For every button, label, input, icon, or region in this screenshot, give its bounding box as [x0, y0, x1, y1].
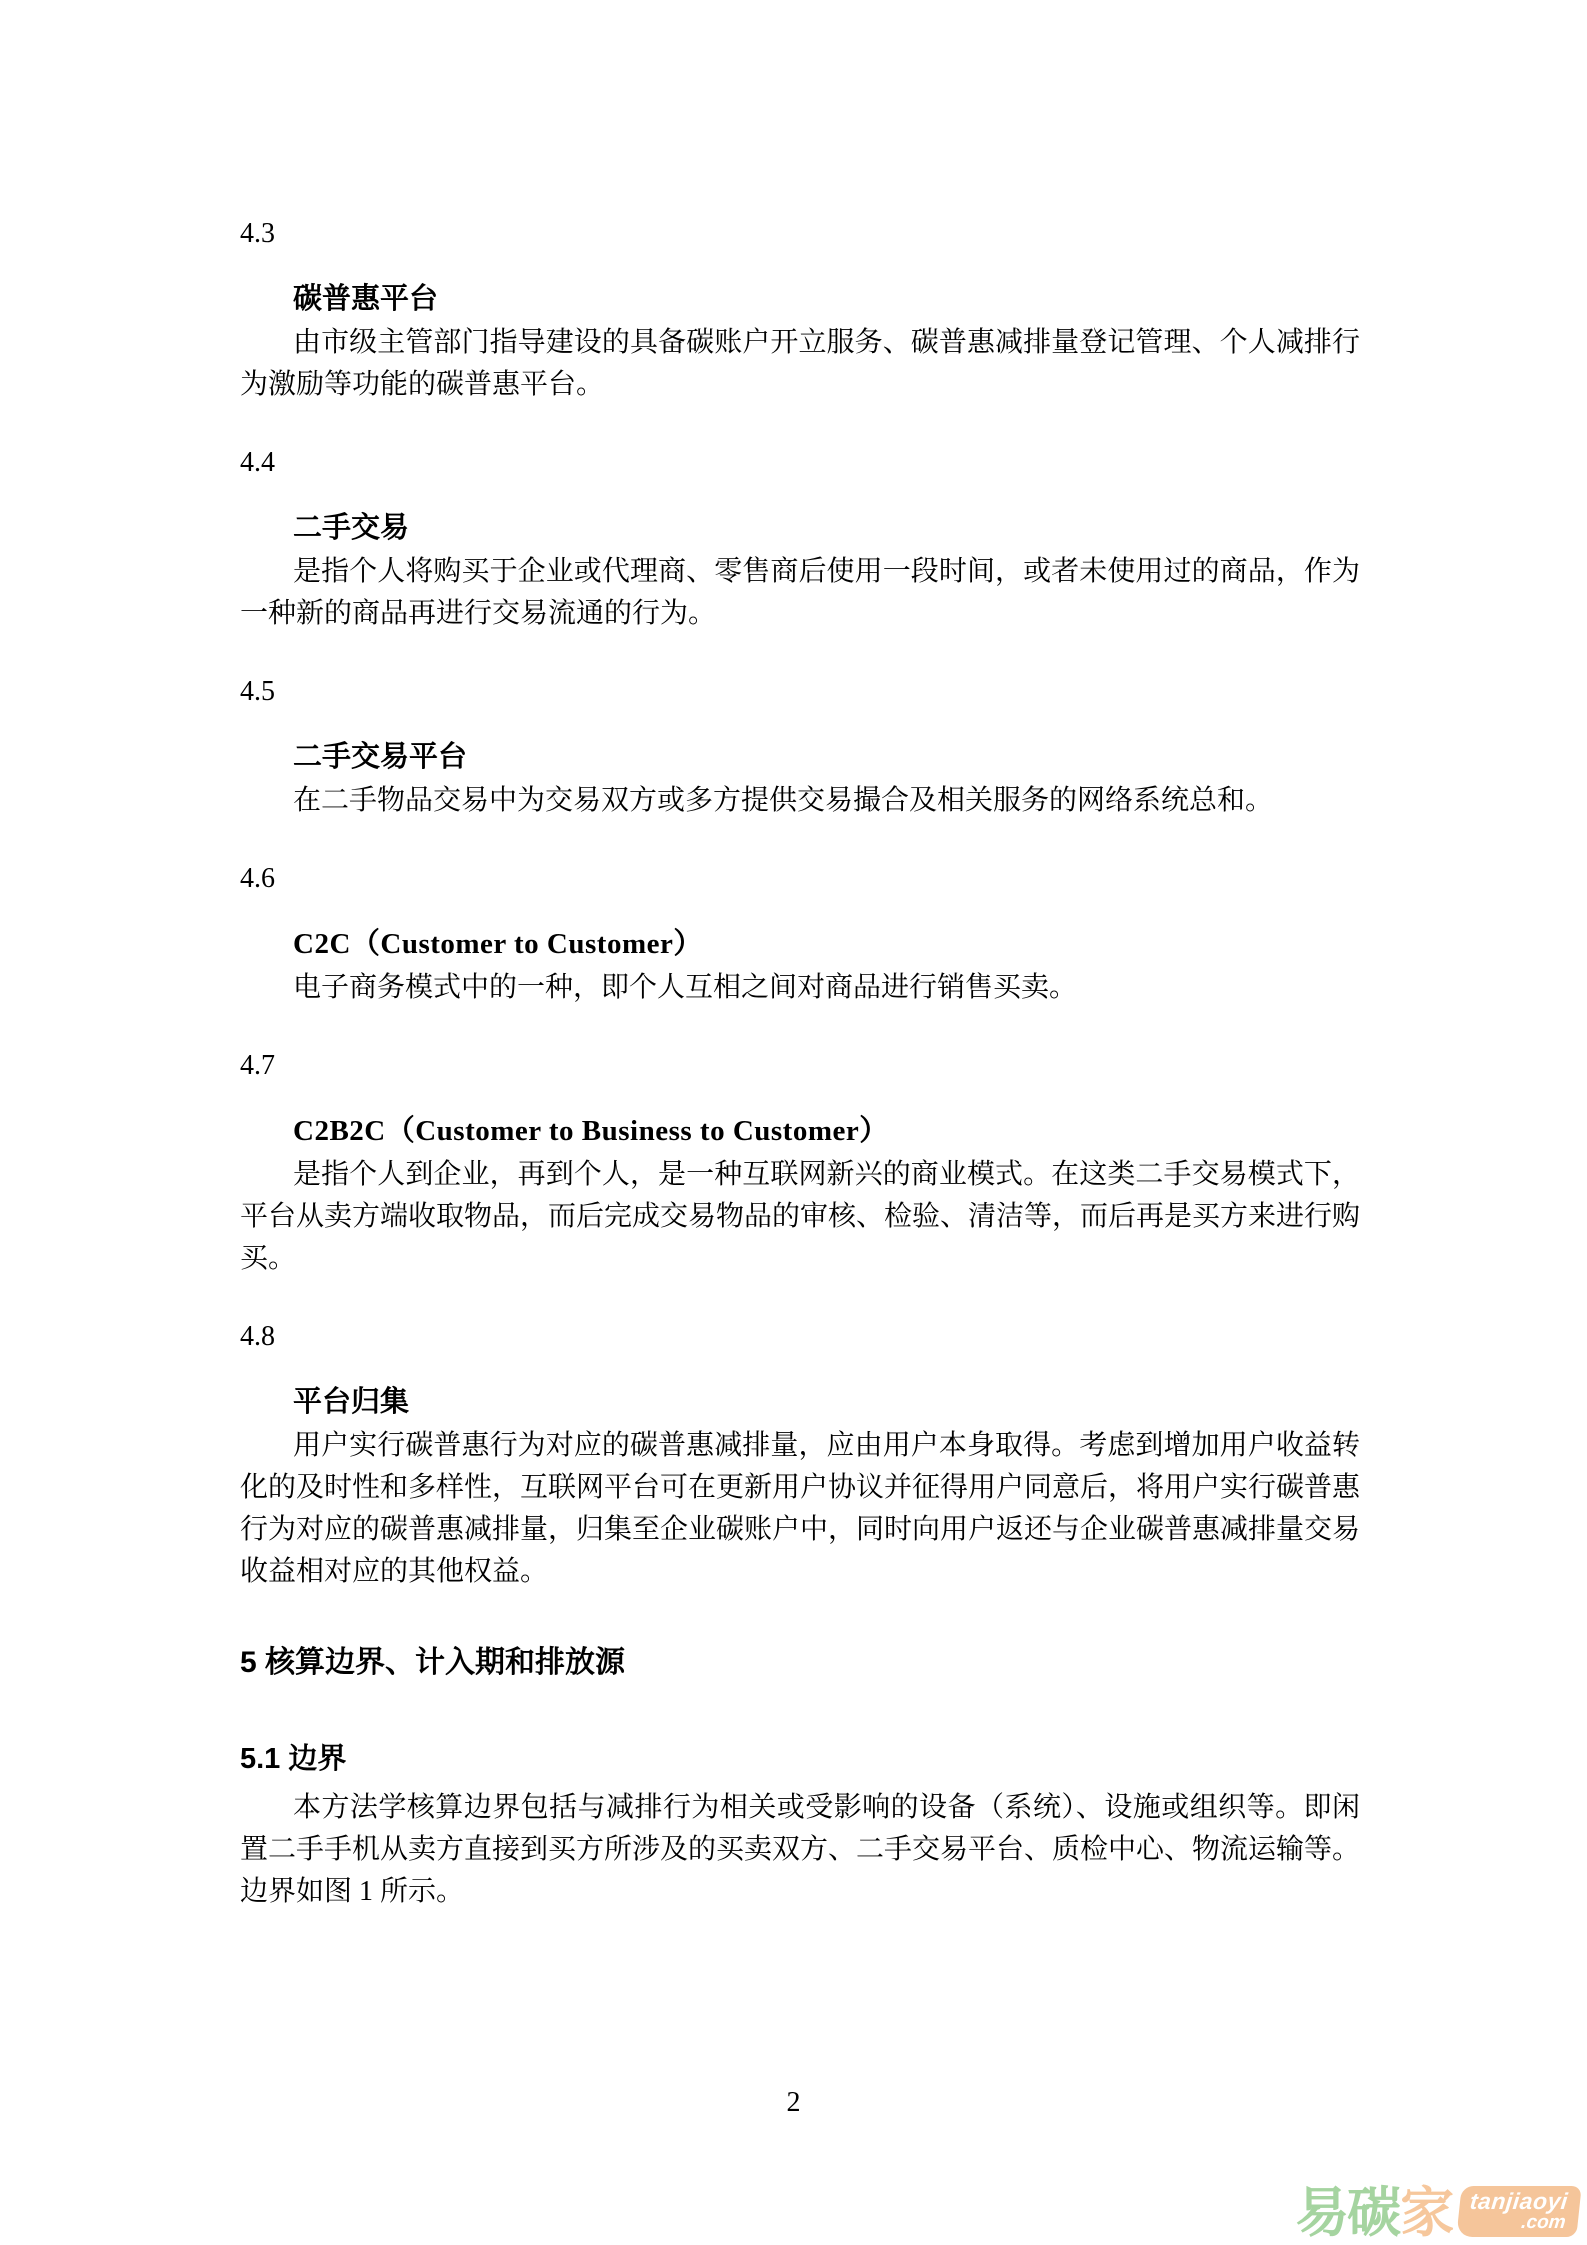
definition-body: 是指个人到企业，再到个人，是一种互联网新兴的商业模式。在这类二手交易模式下，平台… — [240, 1154, 1360, 1280]
clause-number: 4.7 — [240, 1045, 1360, 1087]
watermark-text-green: 易碳 — [1295, 2188, 1399, 2239]
section-body: 本方法学核算边界包括与减排行为相关或受影响的设备（系统）、设施或组织等。即闲置二… — [240, 1787, 1360, 1913]
tanjiaoyi-watermark: 易碳 家 tanjiaoyi .com — [1295, 2186, 1579, 2239]
chapter-section-5: 5 核算边界、计入期和排放源 5.1 边界 本方法学核算边界包括与减排行为相关或… — [240, 1641, 1360, 1913]
term-heading: 碳普惠平台 — [293, 278, 1360, 320]
section-heading-5-1: 5.1 边界 — [240, 1737, 1360, 1781]
definition-body: 是指个人将购买于企业或代理商、零售商后使用一段时间，或者未使用过的商品，作为一种… — [240, 551, 1360, 635]
definition-section-4-3: 4.3 碳普惠平台 由市级主管部门指导建设的具备碳账户开立服务、碳普惠减排量登记… — [240, 213, 1360, 406]
term-heading: 二手交易平台 — [293, 736, 1360, 778]
watermark-domain-badge: tanjiaoyi .com — [1457, 2186, 1582, 2237]
clause-number: 4.8 — [240, 1316, 1360, 1358]
definition-body: 由市级主管部门指导建设的具备碳账户开立服务、碳普惠减排量登记管理、个人减排行为激… — [240, 322, 1360, 406]
clause-number: 4.6 — [240, 858, 1360, 900]
document-page: 4.3 碳普惠平台 由市级主管部门指导建设的具备碳账户开立服务、碳普惠减排量登记… — [0, 0, 1587, 2245]
clause-number: 4.4 — [240, 442, 1360, 484]
definition-body: 在二手物品交易中为交易双方或多方提供交易撮合及相关服务的网络系统总和。 — [240, 780, 1360, 822]
definition-section-4-7: 4.7 C2B2C（Customer to Business to Custom… — [240, 1045, 1360, 1280]
definition-body: 电子商务模式中的一种，即个人互相之间对商品进行销售买卖。 — [240, 967, 1360, 1009]
definition-section-4-4: 4.4 二手交易 是指个人将购买于企业或代理商、零售商后使用一段时间，或者未使用… — [240, 442, 1360, 635]
page-body: 4.3 碳普惠平台 由市级主管部门指导建设的具备碳账户开立服务、碳普惠减排量登记… — [240, 213, 1360, 1913]
definition-body: 用户实行碳普惠行为对应的碳普惠减排量，应由用户本身取得。考虑到增加用户收益转化的… — [240, 1425, 1360, 1593]
term-heading: C2B2C（Customer to Business to Customer） — [293, 1110, 1360, 1152]
watermark-domain-tld: .com — [1520, 2213, 1566, 2232]
clause-number: 4.3 — [240, 213, 1360, 255]
definition-section-4-8: 4.8 平台归集 用户实行碳普惠行为对应的碳普惠减排量，应由用户本身取得。考虑到… — [240, 1316, 1360, 1593]
term-heading: 平台归集 — [293, 1381, 1360, 1423]
definition-section-4-5: 4.5 二手交易平台 在二手物品交易中为交易双方或多方提供交易撮合及相关服务的网… — [240, 671, 1360, 822]
page-number: 2 — [0, 2086, 1587, 2120]
definition-section-4-6: 4.6 C2C（Customer to Customer） 电子商务模式中的一种… — [240, 858, 1360, 1009]
term-heading: 二手交易 — [293, 507, 1360, 549]
watermark-domain-name: tanjiaoyi — [1469, 2189, 1569, 2213]
term-heading: C2C（Customer to Customer） — [293, 923, 1360, 965]
clause-number: 4.5 — [240, 671, 1360, 713]
watermark-text-orange: 家 — [1400, 2188, 1452, 2239]
chapter-heading-5: 5 核算边界、计入期和排放源 — [240, 1641, 1360, 1685]
